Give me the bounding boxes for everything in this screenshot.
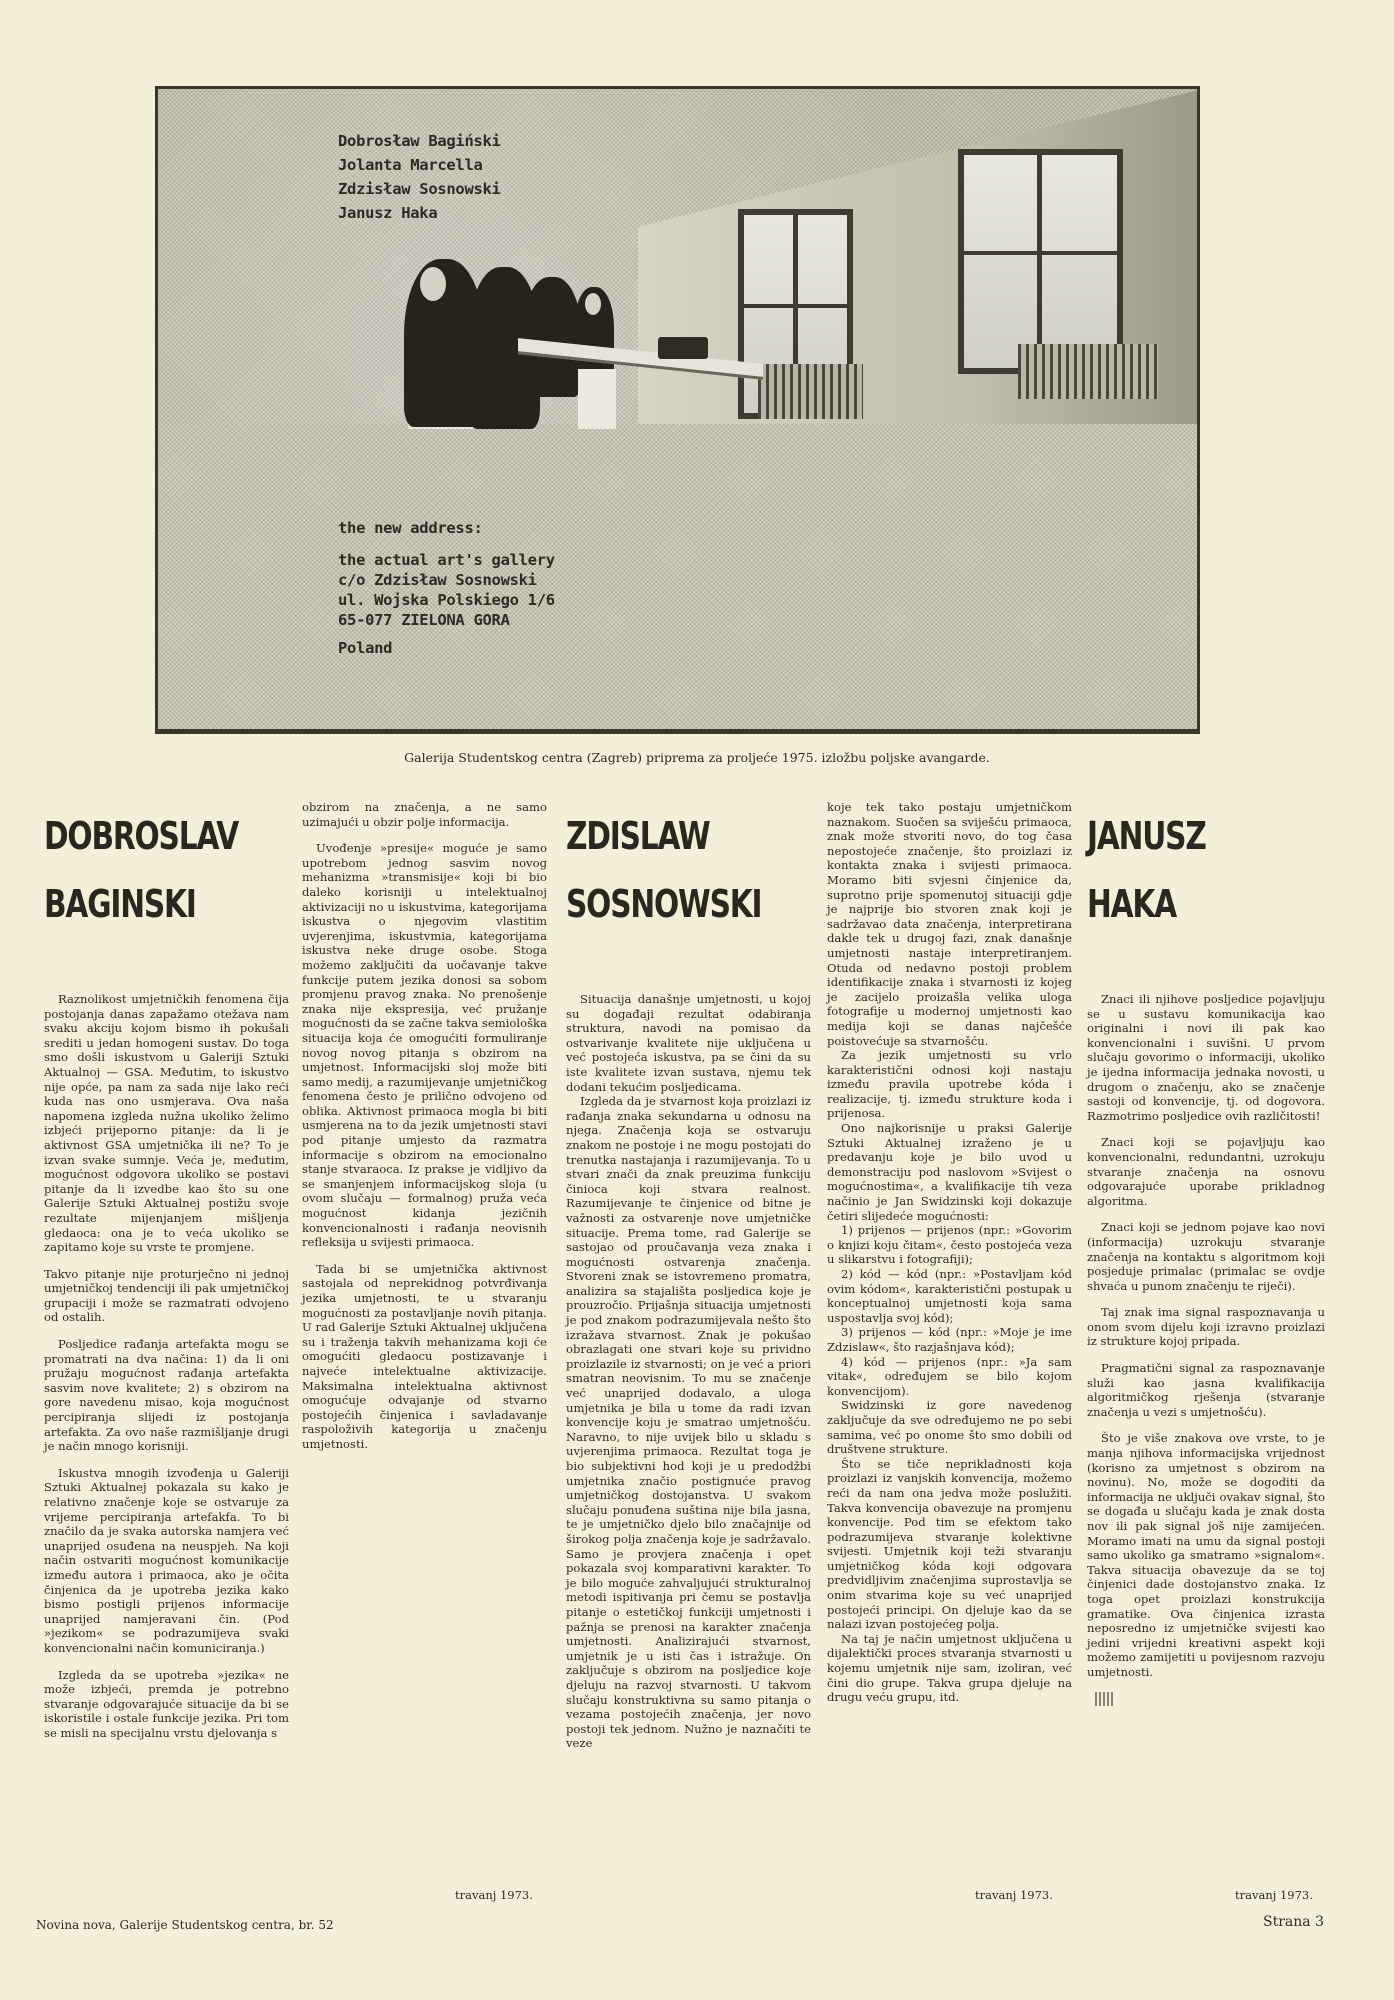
column-sosnowski: ZDISLAW SOSNOWSKI Situacija današnje umj…: [566, 800, 811, 1751]
page-number: Strana 3: [1263, 1914, 1324, 1930]
article-date: travanj 1973.: [1235, 1888, 1313, 1902]
headline-line: HAKA: [1087, 872, 1273, 936]
article-headline: DOBROSLAV BAGINSKI: [44, 804, 289, 982]
list-item: 3) prijenos — kód (npr.: »Moje je ime Zd…: [827, 1325, 1072, 1354]
publication-footer: Novina nova, Galerije Studentskog centra…: [36, 1918, 334, 1932]
address-line: 65-077 ZIELONA GORA: [338, 613, 555, 633]
address-line: ul. Wojska Polskiego 1/6: [338, 593, 555, 613]
typed-name: Jolanta Marcella: [338, 158, 501, 182]
article-paragraph: Pragmatični signal za raspoznavanje služ…: [1087, 1361, 1325, 1419]
article-paragraph: Uvođenje »presije« moguće je samo upotre…: [302, 841, 547, 1250]
photo-radiator: [1018, 344, 1158, 399]
typed-name: Dobrosław Bagiński: [338, 134, 501, 158]
article-paragraph: Na taj je način umjetnost uključena u di…: [827, 1632, 1072, 1705]
address-title: the new address:: [338, 521, 555, 541]
photo-person: [523, 277, 581, 397]
article-date: travanj 1973.: [975, 1888, 1053, 1902]
photo-floor: [158, 424, 1197, 729]
article-paragraph: Izgleda da je stvarnost koja proizlazi i…: [566, 1094, 811, 1751]
headline-line: ZDISLAW: [566, 804, 757, 868]
photo-face: [585, 293, 601, 315]
article-paragraph: Ono najkorisnije u praksi Galerije Sztuk…: [827, 1121, 1072, 1223]
photo-face: [420, 267, 446, 301]
address-line: c/o Zdzisław Sosnowski: [338, 573, 555, 593]
photo-window: [958, 149, 1123, 374]
photo-caption: Galerija Studentskog centra (Zagreb) pri…: [0, 750, 1394, 765]
article-headline: JANUSZ HAKA: [1087, 804, 1325, 982]
column-baginski: DOBROSLAV BAGINSKI Raznolikost umjetničk…: [44, 800, 289, 1753]
address-country: Poland: [338, 641, 555, 661]
article-paragraph: Swidzinski iz gore navedenog zaključuje …: [827, 1398, 1072, 1456]
address-line: the actual art's gallery: [338, 553, 555, 573]
list-item: 2) kód — kód (npr.: »Postavljam kód ovim…: [827, 1267, 1072, 1325]
article-paragraph: Što se tiče neprikladnosti koja proizlaz…: [827, 1457, 1072, 1632]
article-paragraph: Taj znak ima signal raspoznavanja u onom…: [1087, 1305, 1325, 1349]
photo-radiator: [758, 364, 863, 419]
article-paragraph: Izgleda da se upotreba »jezika« ne može …: [44, 1668, 289, 1741]
article-paragraph: Raznolikost umjetničkih fenomena čija po…: [44, 992, 289, 1255]
column-baginski-continued: obzirom na značenja, a ne samo uzimajući…: [302, 800, 547, 1464]
article-paragraph: Iskustva mnogih izvođenja u Galeriji Szt…: [44, 1466, 289, 1656]
typewriter-icon: [658, 337, 708, 359]
photo-table-leg: [578, 369, 616, 429]
article-paragraph: Znaci koji se pojavljuju kao konvenciona…: [1087, 1135, 1325, 1208]
column-sosnowski-continued: koje tek tako postaju umjetničkom naznak…: [827, 800, 1072, 1705]
article-paragraph: Znaci ili njihove posljedice pojavljuju …: [1087, 992, 1325, 1123]
article-paragraph: Situacija današnje umjetnosti, u kojoj s…: [566, 992, 811, 1094]
end-mark-icon: [1095, 1692, 1113, 1706]
typed-name: Janusz Haka: [338, 206, 501, 230]
article-paragraph: Znaci koji se jednom pojave kao novi (in…: [1087, 1220, 1325, 1293]
article-paragraph: koje tek tako postaju umjetničkom naznak…: [827, 800, 1072, 1048]
article-paragraph: Posljedice rađanja artefakta mogu se pro…: [44, 1337, 289, 1454]
article-paragraph: obzirom na značenja, a ne samo uzimajući…: [302, 800, 547, 829]
column-haka: JANUSZ HAKA Znaci ili njihove posljedice…: [1087, 800, 1325, 1706]
headline-line: JANUSZ: [1087, 804, 1273, 868]
list-item: 4) kód — prijenos (npr.: »Ja sam vitak«,…: [827, 1355, 1072, 1399]
newspaper-page: Dobrosław Bagiński Jolanta Marcella Zdzi…: [0, 0, 1394, 2000]
article-date: travanj 1973.: [455, 1888, 533, 1902]
typed-name: Zdzisław Sosnowski: [338, 182, 501, 206]
typed-names: Dobrosław Bagiński Jolanta Marcella Zdzi…: [338, 134, 501, 230]
list-item: 1) prijenos — prijenos (npr.: »Govorim o…: [827, 1223, 1072, 1267]
gallery-photo: Dobrosław Bagiński Jolanta Marcella Zdzi…: [155, 86, 1200, 734]
headline-line: SOSNOWSKI: [566, 872, 757, 936]
article-paragraph: Za jezik umjetnosti su vrlo karakteristi…: [827, 1048, 1072, 1121]
headline-line: DOBROSLAV: [44, 804, 235, 868]
typed-address: the new address: the actual art's galler…: [338, 521, 555, 661]
article-paragraph: Takvo pitanje nije proturječno ni jednoj…: [44, 1267, 289, 1325]
article-paragraph: Što je više znakova ove vrste, to je man…: [1087, 1431, 1325, 1679]
article-headline: ZDISLAW SOSNOWSKI: [566, 804, 811, 982]
headline-line: BAGINSKI: [44, 872, 235, 936]
article-paragraph: Tada bi se umjetnička aktivnost sastojal…: [302, 1262, 547, 1452]
